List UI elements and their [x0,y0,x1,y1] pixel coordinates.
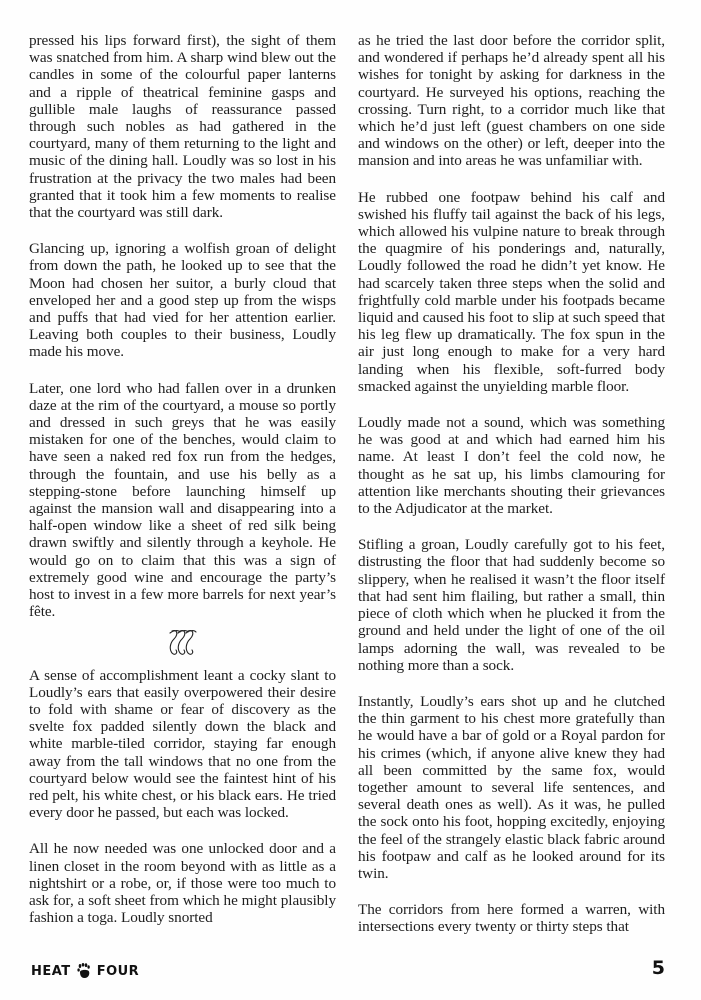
paragraph: as he tried the last door before the cor… [358,32,665,170]
scroll-ornament-icon [166,627,200,657]
logo-text-four: FOUR [97,964,140,979]
paragraph: Loudly made not a sound, which was somet… [358,414,665,517]
paragraph: The corridors from here formed a warren,… [358,901,665,935]
paragraph: Later, one lord who had fallen over in a… [29,380,336,621]
paw-print-icon [77,963,91,979]
paragraph: A sense of accomplishment leant a cocky … [29,667,336,822]
paragraph: All he now needed was one unlocked door … [29,840,336,926]
paragraph: He rubbed one footpaw behind his calf an… [358,189,665,395]
document-page: pressed his lips forward first), the sig… [0,0,701,1000]
publication-logo: HEAT FOUR [31,963,139,979]
paragraph: Instantly, Loudly’s ears shot up and he … [358,693,665,882]
paragraph: Glancing up, ignoring a wolfish groan of… [29,240,336,360]
paragraph: Stifling a groan, Loudly carefully got t… [358,536,665,674]
section-break [29,627,336,657]
left-column: pressed his lips forward first), the sig… [29,32,336,945]
right-column: as he tried the last door before the cor… [358,32,665,955]
page-number: 5 [652,957,665,979]
paragraph: pressed his lips forward first), the sig… [29,32,336,221]
logo-text-heat: HEAT [31,964,71,979]
